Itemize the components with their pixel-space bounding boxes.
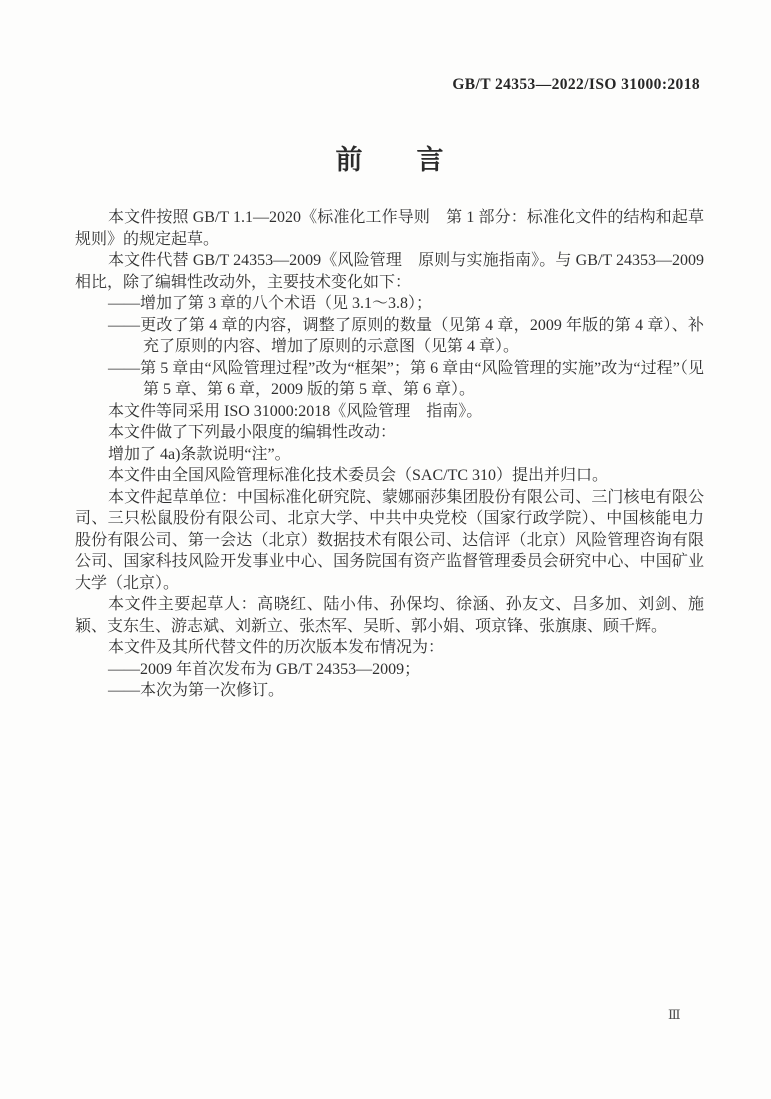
standard-code-header: GB/T 24353—2022/ISO 31000:2018 [452, 76, 700, 94]
foreword-body: 本文件按照 GB/T 1.1—2020《标准化工作导则 第 1 部分：标准化文件… [75, 207, 704, 702]
foreword-bullet-item: ——本次为第一次修订。 [75, 680, 704, 702]
page-number: Ⅲ [668, 1007, 681, 1023]
foreword-bullet-item: ——更改了第 4 章的内容，调整了原则的数量（见第 4 章，2009 年版的第 … [75, 315, 704, 358]
foreword-paragraph: 增加了 4a)条款说明“注”。 [75, 444, 704, 466]
page-title: 前 言 [75, 138, 704, 177]
foreword-bullet-item: ——2009 年首次发布为 GB/T 24353—2009； [75, 659, 704, 681]
foreword-paragraph: 本文件起草单位：中国标准化研究院、蒙娜丽莎集团股份有限公司、三门核电有限公司、三… [75, 487, 704, 595]
foreword-paragraph: 本文件等同采用 ISO 31000:2018《风险管理 指南》。 [75, 401, 704, 423]
foreword-bullet-item: ——第 5 章由“风险管理过程”改为“框架”；第 6 章由“风险管理的实施”改为… [75, 358, 704, 401]
foreword-paragraph: 本文件主要起草人：高晓红、陆小伟、孙保均、徐涵、孙友文、吕多加、刘剑、施颖、支东… [75, 594, 704, 637]
foreword-bullet-item: ——增加了第 3 章的八个术语（见 3.1～3.8）； [75, 293, 704, 315]
foreword-paragraph: 本文件由全国风险管理标准化技术委员会（SAC/TC 310）提出并归口。 [75, 465, 704, 487]
foreword-paragraph: 本文件代替 GB/T 24353—2009《风险管理 原则与实施指南》。与 GB… [75, 250, 704, 293]
document-page: GB/T 24353—2022/ISO 31000:2018 前 言 本文件按照… [0, 0, 771, 1099]
foreword-paragraph: 本文件及其所代替文件的历次版本发布情况为： [75, 637, 704, 659]
foreword-paragraph: 本文件按照 GB/T 1.1—2020《标准化工作导则 第 1 部分：标准化文件… [75, 207, 704, 250]
foreword-paragraph: 本文件做了下列最小限度的编辑性改动： [75, 422, 704, 444]
